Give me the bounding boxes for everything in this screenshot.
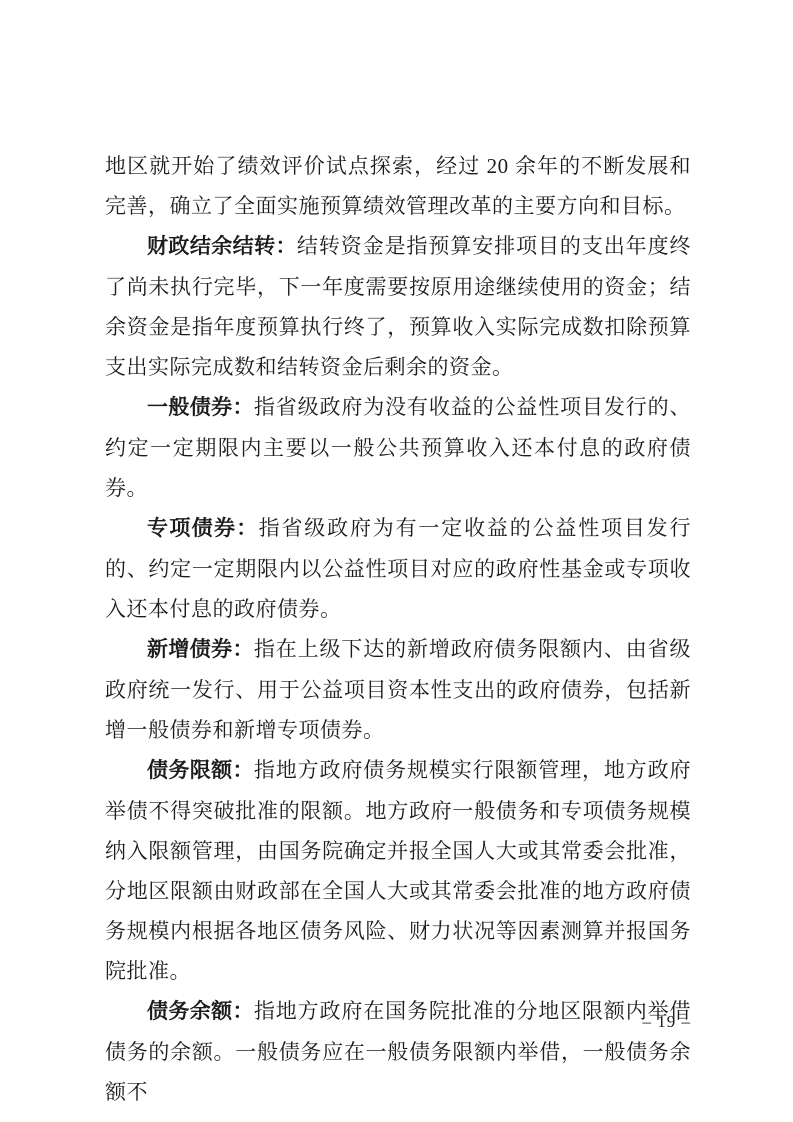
paragraph-new-bonds: 新增债券：指在上级下达的新增政府债务限额内、由省级政府统一发行、用于公益项目资本…	[105, 629, 691, 750]
term-label: 一般债券：	[147, 396, 254, 419]
document-page: 地区就开始了绩效评价试点探索，经过 20 余年的不断发展和完善，确立了全面实施预…	[0, 0, 793, 1122]
page-number: – 19 –	[643, 1012, 692, 1032]
term-label: 财政结余结转：	[147, 235, 297, 258]
term-label: 专项债券：	[147, 517, 259, 540]
paragraph-text: 指地方政府债务规模实行限额管理，地方政府举债不得突破批准的限额。地方政府一般债务…	[105, 758, 691, 983]
term-label: 债务限额：	[147, 759, 254, 782]
term-label: 债务余额：	[147, 1000, 254, 1023]
paragraph-text: 地区就开始了绩效评价试点探索，经过 20 余年的不断发展和完善，确立了全面实施预…	[105, 154, 691, 218]
paragraph-debt-balance: 债务余额：指地方政府在国务院批准的分地区限额内举借债务的余额。一般债务应在一般债…	[105, 991, 691, 1112]
document-body: 地区就开始了绩效评价试点探索，经过 20 余年的不断发展和完善，确立了全面实施预…	[105, 146, 691, 1112]
paragraph-fiscal-carryover: 财政结余结转：结转资金是指预算安排项目的支出年度终了尚未执行完毕，下一年度需要按…	[105, 226, 691, 387]
paragraph-general-bonds: 一般债券：指省级政府为没有收益的公益性项目发行的、约定一定期限内主要以一般公共预…	[105, 387, 691, 508]
term-label: 新增债券：	[147, 638, 254, 661]
paragraph-debt-limit: 债务限额：指地方政府债务规模实行限额管理，地方政府举债不得突破批准的限额。地方政…	[105, 750, 691, 991]
paragraph-special-bonds: 专项债券：指省级政府为有一定收益的公益性项目发行的、约定一定期限内以公益性项目对…	[105, 508, 691, 629]
paragraph-continuation: 地区就开始了绩效评价试点探索，经过 20 余年的不断发展和完善，确立了全面实施预…	[105, 146, 691, 226]
